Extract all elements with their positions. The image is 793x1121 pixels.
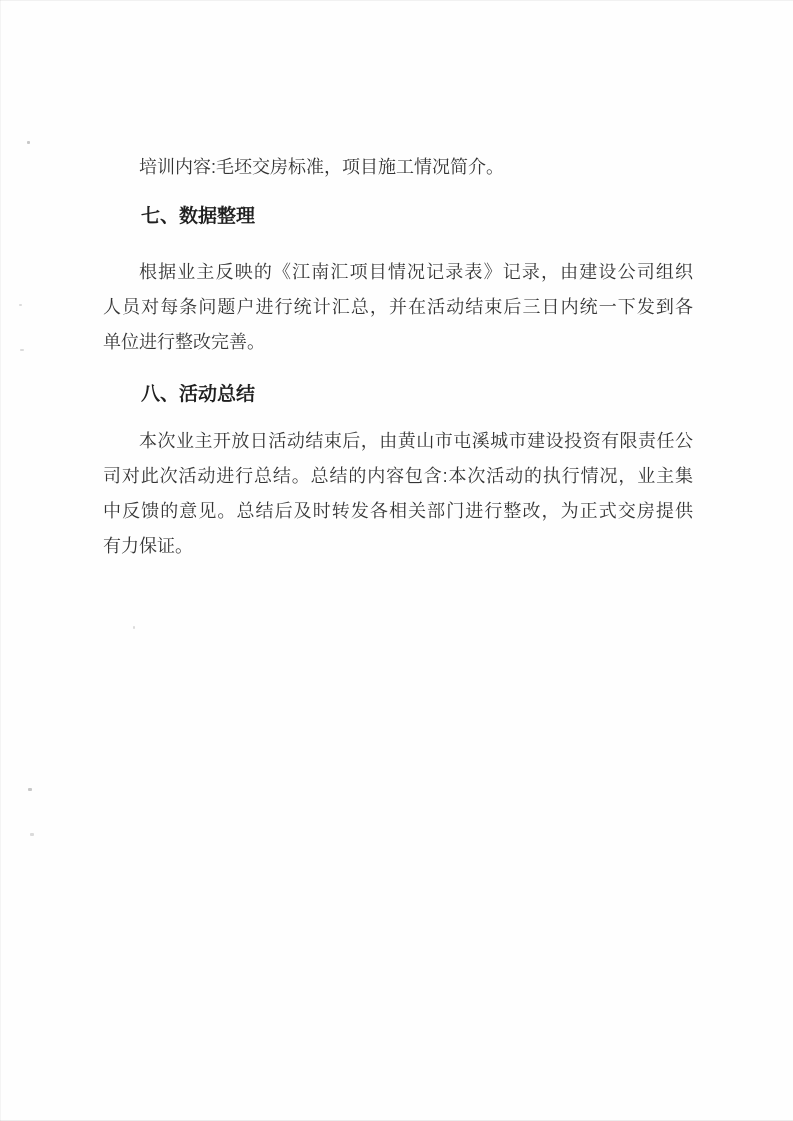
section-7-heading: 七、数据整理 xyxy=(103,199,693,234)
paragraph-line: 根据业主反映的《江南汇项目情况记录表》记录，由建设公司组织 xyxy=(103,255,693,290)
training-content-line: 培训内容:毛坯交房标准，项目施工情况简介。 xyxy=(103,150,693,185)
section-8-paragraph: 本次业主开放日活动结束后，由黄山市屯溪城市建设投资有限责任公 司对此次活动进行总… xyxy=(103,424,693,564)
paragraph-line: 人员对每条问题户进行统计汇总，并在活动结束后三日内统一下发到各 xyxy=(103,290,693,325)
scan-speck xyxy=(20,349,24,351)
paragraph-line: 有力保证。 xyxy=(103,529,693,564)
scan-speck xyxy=(19,304,22,306)
section-8-heading: 八、活动总结 xyxy=(103,377,693,412)
paragraph-line: 单位进行整改完善。 xyxy=(103,325,693,360)
document-content: 培训内容:毛坯交房标准，项目施工情况简介。 七、数据整理 根据业主反映的《江南汇… xyxy=(103,150,693,564)
scan-speck xyxy=(28,788,32,791)
paragraph-line: 中反馈的意见。总结后及时转发各相关部门进行整改，为正式交房提供 xyxy=(103,494,693,529)
scanned-document-page: 培训内容:毛坯交房标准，项目施工情况简介。 七、数据整理 根据业主反映的《江南汇… xyxy=(0,0,793,1121)
section-7-paragraph: 根据业主反映的《江南汇项目情况记录表》记录，由建设公司组织 人员对每条问题户进行… xyxy=(103,255,693,360)
scan-speck xyxy=(27,141,30,144)
scan-speck xyxy=(30,833,34,836)
scan-speck xyxy=(133,626,135,629)
paragraph-line: 司对此次活动进行总结。总结的内容包含:本次活动的执行情况，业主集 xyxy=(103,459,693,494)
paragraph-line: 本次业主开放日活动结束后，由黄山市屯溪城市建设投资有限责任公 xyxy=(103,424,693,459)
